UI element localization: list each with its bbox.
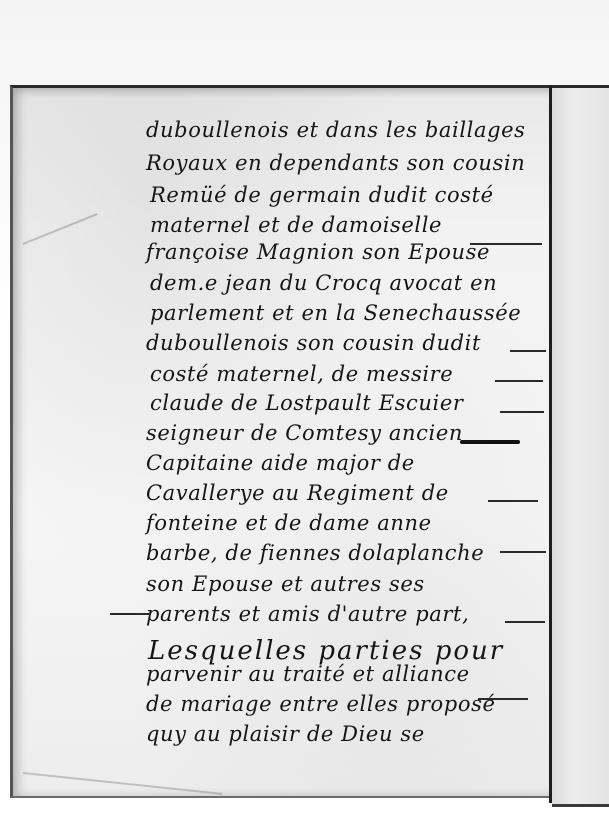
line-filler-dash (478, 698, 528, 700)
text-line: parlement et en la Senechaussée (150, 301, 521, 325)
line-filler-dash (110, 613, 150, 615)
text-line: costé maternel, de messire (150, 362, 453, 386)
text-line: Royaux en dependants son cousin (146, 151, 525, 175)
text-line: fonteine et de dame anne (146, 511, 432, 535)
text-line: maternel et de damoiselle (150, 213, 442, 237)
text-line: son Epouse et autres ses (146, 572, 425, 596)
text-line: duboullenois et dans les baillages (146, 118, 526, 142)
text-line: seigneur de Comtesy ancien (146, 421, 463, 445)
line-filler-dash (488, 500, 538, 502)
text-line: dem.e jean du Crocq avocat en (150, 271, 497, 295)
manuscript-scan: duboullenois et dans les baillages Royau… (0, 0, 609, 839)
text-line: de mariage entre elles proposé (146, 692, 496, 716)
line-filler-dash (495, 380, 543, 382)
text-line: Cavallerye au Regiment de (146, 481, 449, 505)
text-line: quy au plaisir de Dieu se (146, 722, 425, 746)
handwritten-text: duboullenois et dans les baillages Royau… (0, 0, 609, 839)
text-line: Capitaine aide major de (146, 451, 415, 475)
line-filler-dash (510, 350, 546, 352)
text-line: barbe, de fiennes dolaplanche (146, 541, 484, 565)
line-filler-dash (500, 411, 544, 413)
text-line: françoise Magnion son Epouse (146, 240, 490, 264)
line-filler-dash (505, 621, 545, 623)
text-line: parvenir au traité et alliance (146, 662, 470, 686)
line-filler-dash (460, 440, 520, 444)
text-line: Remüé de germain dudit costé (150, 183, 494, 207)
line-filler-dash (500, 551, 546, 553)
text-line: parents et amis d'autre part, (146, 602, 469, 626)
text-line: claude de Lostpault Escuier (150, 391, 464, 415)
text-line: duboullenois son cousin dudit (146, 331, 481, 355)
